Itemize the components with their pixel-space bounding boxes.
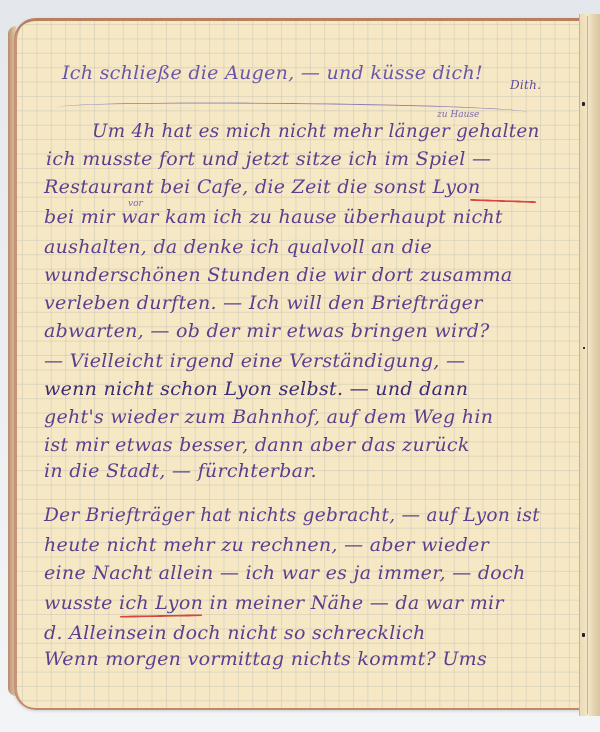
text-line: wusste ich Lyon in meiner Nähe — da war … [44, 594, 504, 613]
staple-top [582, 102, 585, 106]
text-line: wenn nicht schon Lyon selbst. — und dann [44, 380, 468, 399]
text-line: — Vielleicht irgend eine Verständigung, … [44, 352, 465, 371]
notebook-spine [579, 14, 600, 716]
scanned-notebook: Ich schließe die Augen, — und küsse dich… [0, 0, 600, 732]
text-line: geht's wieder zum Bahnhof, auf dem Weg h… [44, 408, 493, 427]
text-line: ich musste fort und jetzt sitze ich im S… [46, 150, 491, 169]
interlinear-note: zu Hause [437, 110, 479, 120]
text-line: verleben durften. — Ich will den Brieftr… [44, 294, 483, 313]
text-line: Wenn morgen vormittag nichts kommt? Ums [44, 650, 487, 669]
text-line: Der Briefträger hat nichts gebracht, — a… [44, 506, 540, 525]
text-line: d. Alleinsein doch nicht so schrecklich [44, 624, 425, 643]
text-line: Restaurant bei Cafe, die Zeit die sonst … [44, 178, 481, 197]
page-title: Ich schließe die Augen, — und küsse dich… [62, 62, 483, 84]
staple-bottom [582, 633, 585, 637]
spine-fold-line [587, 16, 588, 714]
text-line: eine Nacht allein — ich war es ja immer,… [44, 564, 526, 583]
text-line: bei mir war kam ich zu hause überhaupt n… [44, 208, 503, 227]
text-line: Um 4h hat es mich nicht mehr länger geha… [92, 122, 540, 141]
text-line: heute nicht mehr zu rechnen, — aber wied… [44, 536, 489, 555]
text-line: wunderschönen Stunden die wir dort zusam… [44, 266, 513, 285]
signature: Dith. [510, 78, 541, 92]
text-line: in die Stadt, — fürchterbar. [44, 462, 317, 481]
text-line: abwarten, — ob der mir etwas bringen wir… [44, 322, 490, 341]
text-line: aushalten, da denke ich qualvoll an die [44, 238, 432, 257]
stitch-mark [583, 347, 585, 349]
text-line: ist mir etwas besser, dann aber das zurü… [44, 436, 470, 455]
